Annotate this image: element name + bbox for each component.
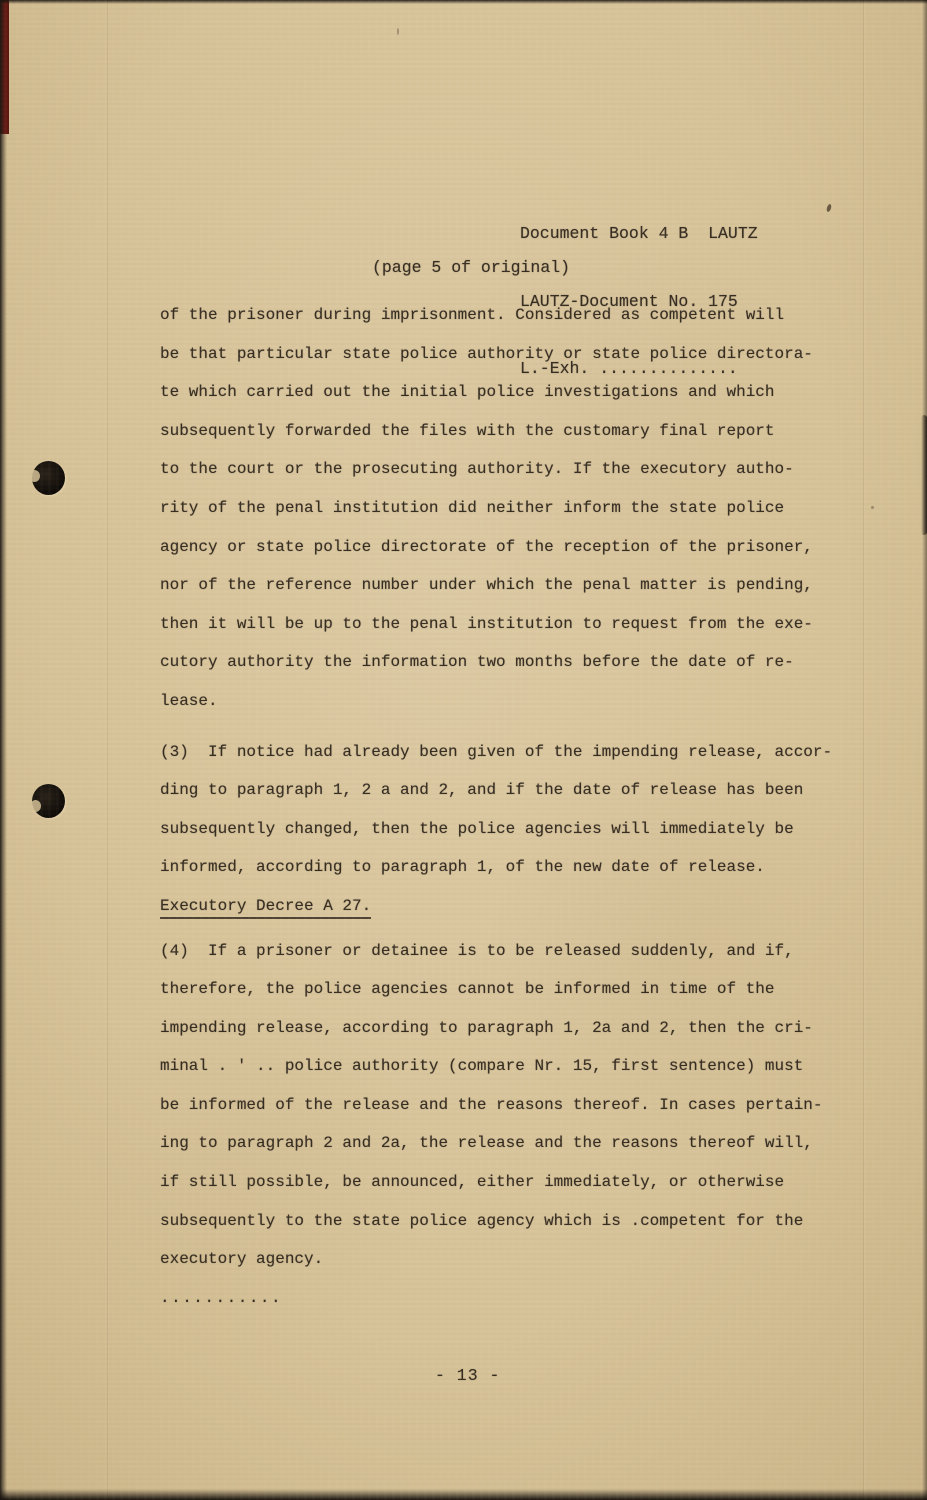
page-edge-top [0,0,927,4]
document-page: Document Book 4 B LAUTZ LAUTZ-Document N… [0,0,927,1500]
paragraph-decree-heading: Executory Decree A 27. [160,887,832,926]
text-line: to the court or the prosecuting authorit… [160,450,832,489]
page-edge-bottom [0,1489,927,1500]
paper-speck [826,204,832,213]
text-line: then it will be up to the penal institut… [160,605,832,644]
text-line: ing to paragraph 2 and 2a, the release a… [160,1124,832,1163]
text-line: Executory Decree A 27. [160,887,832,926]
document-body: of the prisoner during imprisonment. Con… [160,296,832,1317]
paragraph-dots-row: ........... [160,1279,832,1318]
paragraph-para-4: (4) If a prisoner or detainee is to be r… [160,932,832,1279]
text-line: subsequently forwarded the files with th… [160,412,832,451]
text-line: rity of the penal institution did neithe… [160,489,832,528]
text-line: subsequently changed, then the police ag… [160,810,832,849]
text-line: nor of the reference number under which … [160,566,832,605]
paper-fold-line [107,0,108,1500]
page-edge-left [0,0,7,1500]
paper-speck [871,506,874,509]
text-line: minal . ' .. police authority (compare N… [160,1047,832,1086]
text-line: if still possible, be announced, either … [160,1163,832,1202]
text-line: lease. [160,682,832,721]
text-line: ding to paragraph 1, 2 a and 2, and if t… [160,771,832,810]
text-line: ........... [160,1279,832,1318]
text-line: impending release, according to paragrap… [160,1009,832,1048]
text-line: be informed of the release and the reaso… [160,1086,832,1125]
text-line: cutory authority the information two mon… [160,643,832,682]
page-reference: (page 5 of original) [372,258,570,277]
page-edge-right [922,0,927,1500]
text-line: executory agency. [160,1240,832,1279]
text-line: subsequently to the state police agency … [160,1202,832,1241]
header-line-document-book: Document Book 4 B LAUTZ [520,223,758,246]
text-line: (3) If notice had already been given of … [160,733,832,772]
text-line: of the prisoner during imprisonment. Con… [160,296,832,335]
text-line: agency or state police directorate of th… [160,528,832,567]
paragraph-para-continuation: of the prisoner during imprisonment. Con… [160,296,832,721]
page-number: - 13 - [435,1366,500,1385]
hole-punch [32,461,65,495]
paper-speck [397,28,399,35]
text-line: informed, according to paragraph 1, of t… [160,848,832,887]
paragraph-para-3: (3) If notice had already been given of … [160,733,832,887]
text-line: therefore, the police agencies cannot be… [160,970,832,1009]
text-line: te which carried out the initial police … [160,373,832,412]
text-line: (4) If a prisoner or detainee is to be r… [160,932,832,971]
hole-punch [32,784,65,818]
paper-fold-line [863,0,864,1500]
text-line: be that particular state police authorit… [160,335,832,374]
